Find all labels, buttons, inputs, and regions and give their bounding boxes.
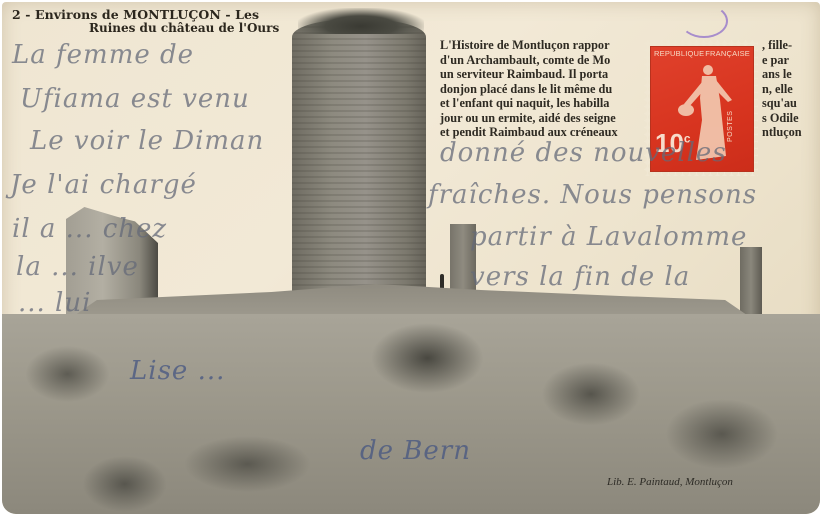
caption-title: 2 - Environs de MONTLUÇON - Les	[12, 7, 259, 22]
publisher-credit: Lib. E. Paintaud, Montluçon	[607, 476, 733, 488]
handwriting-line: partir à Lavalomme	[470, 222, 747, 252]
history-fragment: s Odile	[762, 111, 822, 126]
history-fragment: ntluçon	[762, 125, 822, 140]
history-fragment: e par	[762, 53, 822, 68]
handwriting-line: Lise ...	[130, 356, 225, 386]
ruined-turret-right	[740, 247, 762, 317]
castle-tower	[292, 20, 426, 304]
stamp-label: POSTES	[727, 111, 734, 142]
handwriting-line: Le voir le Diman	[30, 126, 264, 156]
handwriting-line: La femme de	[12, 40, 194, 70]
history-fragment: ans le	[762, 67, 822, 82]
handwriting-line: il a ... chez	[12, 214, 167, 244]
history-text-right: , fille- e par ans le n, elle squ'au s O…	[762, 38, 822, 140]
history-fragment: squ'au	[762, 96, 822, 111]
history-fragment: n, elle	[762, 82, 822, 97]
handwriting-line: Ufiama est venu	[20, 84, 250, 114]
stamp-country: REPUBLIQUE FRANÇAISE	[654, 49, 750, 58]
handwriting-line: ... lui	[18, 288, 91, 318]
handwriting-line: de Bern	[360, 436, 471, 466]
standing-figure	[440, 274, 444, 288]
caption-subtitle: Ruines du château de l'Ours	[89, 21, 279, 35]
handwriting-line: vers la fin de la	[470, 262, 690, 292]
tower-vegetation	[298, 8, 424, 34]
handwriting-line: Je l'ai chargé	[10, 170, 197, 200]
handwriting-line: la ... ilve	[16, 252, 139, 282]
history-fragment: , fille-	[762, 38, 822, 53]
handwriting-line: donné des nouvelles	[440, 138, 727, 168]
handwriting-line: fraîches. Nous pensons	[428, 180, 757, 210]
postmark-icon	[680, 4, 728, 38]
